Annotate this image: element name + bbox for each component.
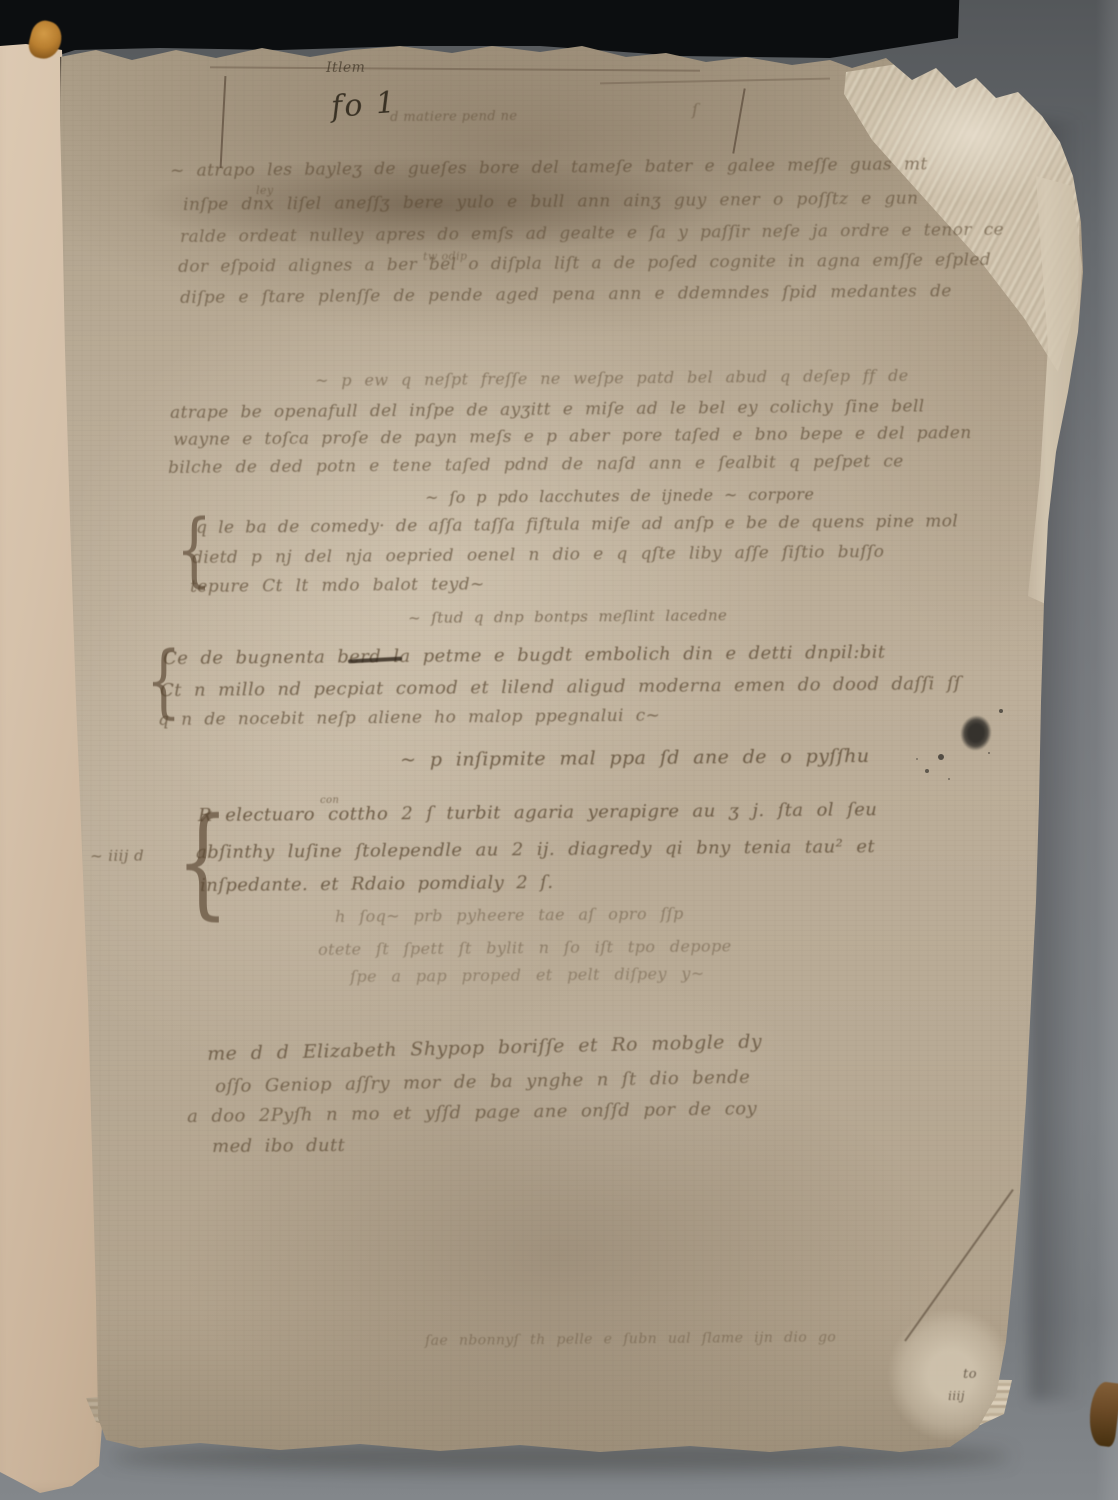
handwritten-line: ~ ſtud q dnp bontps meſlint lacedne bbox=[408, 606, 727, 627]
handwritten-line: atrape be openafull del inſpe de ayʒitt … bbox=[170, 396, 925, 423]
handwritten-line: otete ſt ſpett ſt bylit n ſo iſt tpo dep… bbox=[318, 936, 732, 959]
handwritten-line: d matiere pend ne bbox=[390, 109, 517, 125]
handwritten-line: oſſo Geniop aſſry mor de ba ynghe n ſt d… bbox=[215, 1067, 750, 1097]
handwritten-line: R̷ electuaro cottho 2 ſ turbit agaria ye… bbox=[198, 799, 877, 826]
handwritten-line: fo 1 bbox=[330, 85, 398, 125]
handwritten-line: ~ p inſipmite mal ppa ſd ane de o pyſſhu bbox=[400, 745, 870, 771]
handwritten-line: h ſoq~ prb pyheere tae aſ opro ſſp bbox=[335, 904, 684, 926]
ink-specks bbox=[938, 754, 944, 760]
handwritten-line: abſinthy luſine ſtolependle au 2 ij. dia… bbox=[196, 836, 875, 863]
handwritten-line: iiij bbox=[948, 1389, 965, 1403]
handwritten-line: ſae nbonnyſ th pelle e ſubn ual ſlame ij… bbox=[425, 1329, 836, 1349]
handwritten-line: ~ ſo p pdo lacchutes de ijnede ~ corpore bbox=[425, 485, 814, 507]
handwritten-line: ~ iiij d bbox=[90, 847, 144, 865]
handwritten-line: me d d Elizabeth Shypop boriſſe et Ro mo… bbox=[207, 1030, 762, 1065]
manuscript-page: {{{ Itlemfo 1d matiere pend neſ~ atrapo … bbox=[0, 0, 1118, 1500]
photograph-backdrop: {{{ Itlemfo 1d matiere pend neſ~ atrapo … bbox=[0, 0, 1118, 1500]
handwritten-line: diſpe e ſtare plenſſe de pende aged pena… bbox=[180, 281, 952, 308]
handwritten-line: Ce de bugnenta berd la petme e bugdt emb… bbox=[163, 642, 886, 669]
handwritten-line: q le ba de comedy· de aſſa taſſa fiſtula… bbox=[196, 511, 958, 538]
handwritten-line: ſ bbox=[692, 100, 698, 119]
ink-blot bbox=[952, 707, 999, 759]
handwritten-line: tepure Ct lt mdo balot teyd~ bbox=[190, 574, 485, 597]
handwritten-line: to bbox=[963, 1367, 977, 1382]
handwritten-line: a doo 2Pyſh n mo et yſſd page ane onſſd … bbox=[187, 1098, 757, 1127]
handwritten-line: dietd p nj del nja oepried oenel n dio e… bbox=[192, 542, 884, 568]
text-layer: Itlemfo 1d matiere pend neſ~ atrapo les … bbox=[0, 0, 1118, 1500]
handwritten-line: q n de nocebit neſp aliene ho malop ppeg… bbox=[158, 706, 660, 730]
handwritten-line: inſpe dnx liſel aneſſʒ bere yulo e bull … bbox=[183, 189, 919, 215]
handwritten-line: Itlem bbox=[326, 60, 365, 76]
handwritten-line: wayne e toſca proſe de payn meſs e p abe… bbox=[173, 423, 972, 450]
handwritten-line: dor eſpoid alignes a ber bel o diſpla li… bbox=[178, 250, 991, 277]
handwritten-line: med ibo dutt bbox=[212, 1135, 345, 1157]
handwritten-line: inſpedante. et Rdaio pomdialy 2 ſ. bbox=[200, 872, 554, 896]
handwritten-line: ſpe a pap proped et pelt diſpey y~ bbox=[350, 964, 705, 986]
handwritten-line: Ct n millo nd pecpiat comod et lilend al… bbox=[160, 673, 961, 701]
handwritten-line: ~ atrapo les bayleʒ de gueſes bore del t… bbox=[170, 154, 928, 181]
handwritten-line: bilche de ded potn e tene taſed pdnd de … bbox=[168, 452, 904, 478]
handwritten-line: ralde ordeat nulley apres do emſs ad gea… bbox=[180, 220, 1004, 247]
handwritten-line: ~ p ew q neſpt freſſe ne weſpe patd bel … bbox=[315, 366, 909, 390]
